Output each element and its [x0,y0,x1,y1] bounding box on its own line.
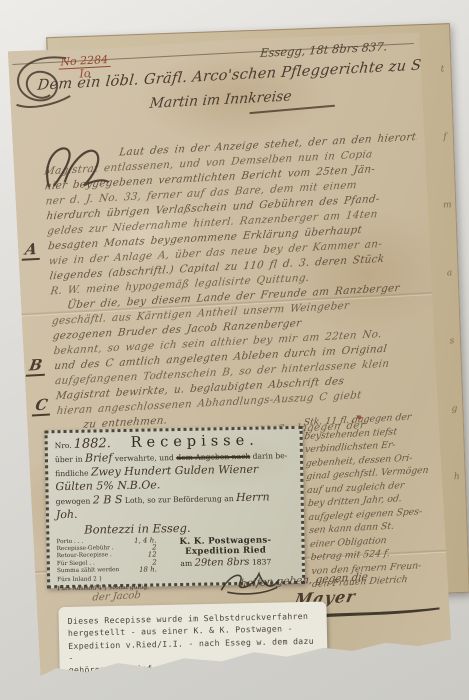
dateline: Essegg, 18t 8brs 837. [260,39,388,60]
ink-fragment: h [454,472,460,482]
address-underline-flourish [249,105,335,114]
label-line-4-text: gehörenden Brief. Handgesch. Pap. WZ. [69,661,268,675]
ink-fragment: s [450,336,455,346]
label-rarity-mark: RRR. [267,661,288,671]
receipt-struck-text: dem Angeben nach [176,452,250,462]
ink-fragment: t [441,64,445,74]
ink-fragment: a [447,268,453,278]
photo-background: tfmasgh No 2284 Io Essegg, 18t 8brs 837.… [0,0,469,700]
fee-row: Summa zählt werden 18 h. [57,566,157,575]
fee-label: Summa zählt werden [57,567,119,575]
receipt-line-2: findliche Zwey Hundert Gulden Wiener Gül… [55,462,293,494]
post-office-name: K. K. Postwagens-Expedition Ried [156,535,294,557]
ink-fragment: m [443,200,452,210]
label-line-5-text: 1837 - Lux Erhaltung LP. EURO.: [69,674,237,688]
receipt-handwritten-amount: Zwey Hundert Gulden Wiener Gülten 5% N.B… [55,463,258,494]
receipt-date-printed: am [180,559,192,568]
label-price: 250.- [236,673,262,684]
margin-ref-c: C [32,395,53,416]
receipt-date-year: 1837 [252,557,271,566]
letter-body: Laut des in der Anzeige stehet, der an d… [43,130,432,449]
receipt-printed-text: verwahrte, und [115,453,174,463]
receipt-printed-text: über in [55,455,83,464]
receipt-printed-text: findliche [55,469,88,479]
label-line-3: Expedition v.Ried/I.I. - nach Esseg w. d… [68,634,318,664]
receipt-handwritten-fill: Brief [85,451,113,464]
margin-ref-a: A [22,240,43,261]
document-sheet: No 2284 Io Essegg, 18t 8brs 837. Dem ein… [8,30,453,683]
recepisse-receipt: Nro. 1882. Recepisse. über in Brief verw… [44,426,305,588]
receipt-destination: Bontezzi in Esseg. [84,519,294,537]
fee-amount: 18 h. [139,566,157,574]
receipt-printed-text: Loth, so zur Beförderung an [125,494,234,505]
receipt-printed-text: gewogen [56,497,91,507]
label-line-5: 1837 - Lux Erhaltung LP. EURO.: 250.- [69,671,319,689]
margin-ref-b: B [26,356,48,377]
receipt-line-3: gewogen 2 B S Loth, so zur Beförderung a… [56,490,294,522]
receipt-number-value: 1882. [74,436,111,452]
receipt-number-label: Nro. [55,441,72,450]
ink-fragment: f [443,132,447,142]
dealer-description-label: Dieses Recepisse wurde im Selbstdruckver… [58,602,328,697]
ink-fragment: g [451,404,457,414]
receipt-handwritten-weight: 2 B S [93,493,123,507]
fee-note-1: Fürs Inland 2 } [57,575,157,584]
receipt-office-block: K. K. Postwagens-Expedition Ried am 29te… [156,535,295,601]
letter-body-right-column: Stk. 11 fl. dagegen derbeystehenden tief… [303,409,448,591]
second-sheet-ink-fragments: tfmasgh [436,64,463,482]
receipt-printed-text: darin be- [253,451,288,461]
